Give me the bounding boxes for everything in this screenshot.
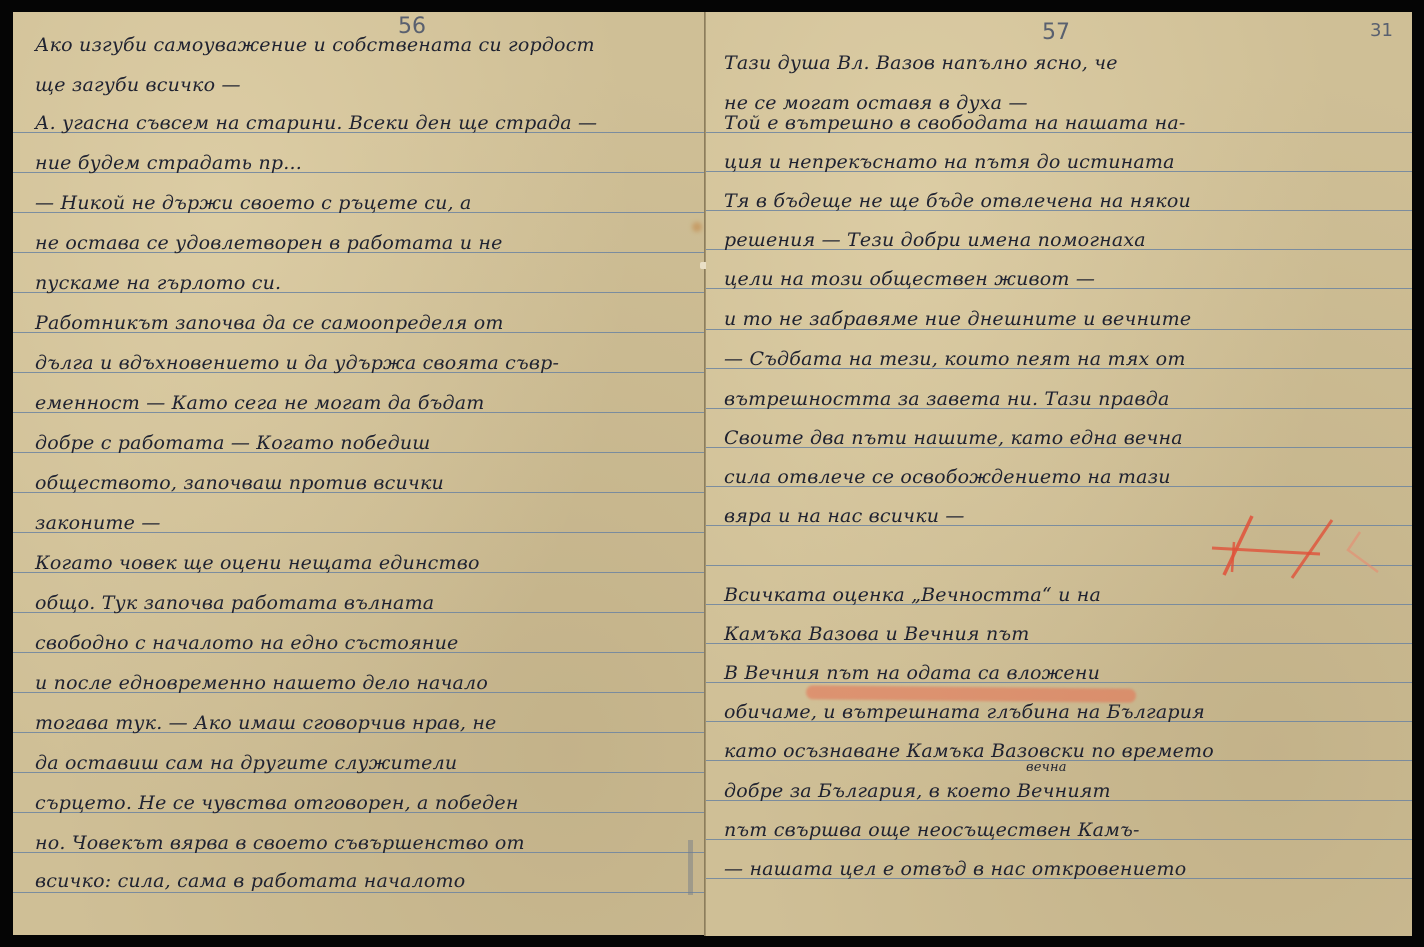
pencil-margin-mark <box>688 840 693 895</box>
handwritten-line: ние будем страдать пр... <box>13 152 705 174</box>
handwritten-line: Камъка Вазова и Вечния път <box>706 623 1412 645</box>
handwritten-line: вътрешността за завета ни. Тази правда <box>706 388 1412 410</box>
handwritten-line: път свършва още неосъществен Камъ- <box>706 819 1412 841</box>
handwritten-line: цели на този обществен живот — <box>706 268 1412 290</box>
left-page: 56 Ако изгуби самоуважение и собствената… <box>13 12 705 935</box>
handwritten-line: ще загуби всичко — <box>13 74 705 96</box>
handwritten-line: — Съдбата на тези, които пеят на тях от <box>706 348 1412 370</box>
handwritten-line: добре за България, в което Вечният <box>706 780 1412 802</box>
right-page: 57 31 Тази душа Вл. Вазов напълно ясно, … <box>706 12 1412 936</box>
handwritten-line: еменност — Като сега не могат да бъдат <box>13 392 705 414</box>
handwritten-line: но. Човекът вярва в своето съвършенство … <box>13 832 705 854</box>
handwritten-line: законите — <box>13 512 705 534</box>
handwritten-line: дълга и вдъхновението и да удържа своята… <box>13 352 705 374</box>
handwritten-line: — нашата цел е отвъд в нас откровението <box>706 858 1412 880</box>
interlinear-insertion: вечна <box>1026 760 1067 775</box>
archive-number: 31 <box>1370 20 1393 41</box>
handwritten-line: В Вечния път на одата са вложени <box>706 662 1412 684</box>
handwritten-line: Работникът започва да се самоопределя от <box>13 312 705 334</box>
handwritten-line: тогава тук. — Ако имаш сговорчив нрав, н… <box>13 712 705 734</box>
red-pencil-mark-icon <box>1200 510 1380 590</box>
handwritten-line: свободно с началото на едно състояние <box>13 632 705 654</box>
handwritten-line: решения — Тези добри имена помогнаха <box>706 229 1412 251</box>
handwritten-line: А. угасна съвсем на старини. Всеки ден щ… <box>13 112 705 134</box>
handwritten-line: и то не забравяме ние днешните и вечните <box>706 308 1412 330</box>
handwritten-line: сърцето. Не се чувства отговорен, а побе… <box>13 792 705 814</box>
handwritten-line: Тази душа Вл. Вазов напълно ясно, че <box>706 52 1412 74</box>
handwritten-line: — Никой не държи своето с ръцете си, а <box>13 192 705 214</box>
handwritten-line: Когато човек ще оцени нещата единство <box>13 552 705 574</box>
handwritten-line: Ако изгуби самоуважение и собствената си… <box>13 34 705 56</box>
ruled-line <box>13 892 705 893</box>
handwritten-line: добре с работата — Когато победиш <box>13 432 705 454</box>
handwritten-line: Тя в бъдеще не ще бъде отвлечена на няко… <box>706 190 1412 212</box>
handwritten-line: като осъзнаване Камъка Вазовски по време… <box>706 740 1412 762</box>
rust-stain <box>692 222 702 232</box>
handwritten-line: обичаме, и вътрешната глъбина на Българи… <box>706 701 1412 723</box>
handwritten-line: не остава се удовлетворен в работата и н… <box>13 232 705 254</box>
folio-number: 57 <box>1042 20 1070 45</box>
handwritten-line: обществото, започваш против всички <box>13 472 705 494</box>
handwritten-line: да оставиш сам на другите служители <box>13 752 705 774</box>
handwritten-line: не се могат оставя в духа — <box>706 92 1412 114</box>
handwritten-line: сила отвлече се освобождението на тази <box>706 466 1412 488</box>
handwritten-line: общо. Тук започва работата вълната <box>13 592 705 614</box>
handwritten-line: пускаме на гърлото си. <box>13 272 705 294</box>
handwritten-line: Той е вътрешно в свободата на нашата на- <box>706 112 1412 134</box>
handwritten-line: и после едновременно нашето дело начало <box>13 672 705 694</box>
handwritten-line: Своите два пъти нашите, като една вечна <box>706 427 1412 449</box>
handwritten-line: ция и непрекъснато на пътя до истината <box>706 151 1412 173</box>
handwritten-line: всичко: сила, сама в работата началото <box>13 870 705 892</box>
